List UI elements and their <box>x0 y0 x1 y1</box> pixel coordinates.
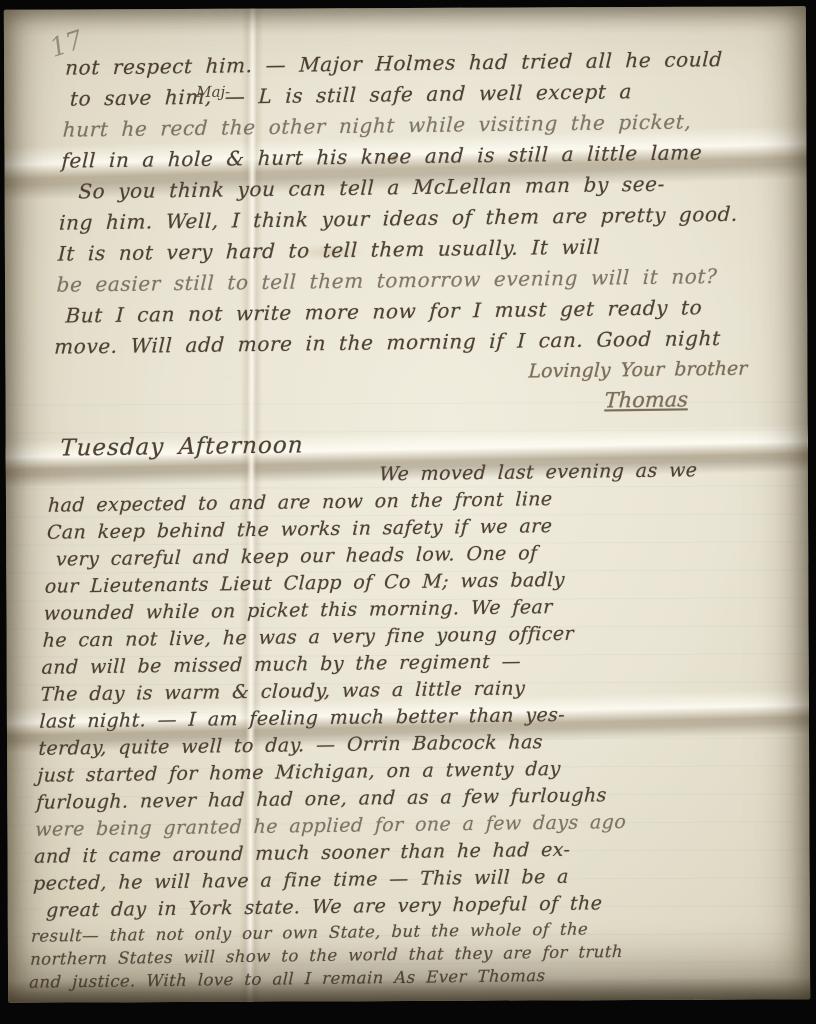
interlinear-insert-note: Maj- <box>196 83 230 101</box>
letter-closing: Lovingly Your brotherThomas <box>51 353 790 423</box>
letter-body: not respect him. — Major Holmes had trie… <box>4 6 810 1002</box>
letter-scan: 17 not respect him. — Major Holmes had t… <box>0 0 816 1024</box>
paragraph-tuesday: We moved last evening as wehad expected … <box>29 456 786 994</box>
paragraph-monday-close: not respect him. — Major Holmes had trie… <box>54 43 802 363</box>
section-heading-tuesday: Tuesday Afternoon <box>60 426 787 462</box>
letter-paper: 17 not respect him. — Major Holmes had t… <box>4 6 810 1002</box>
